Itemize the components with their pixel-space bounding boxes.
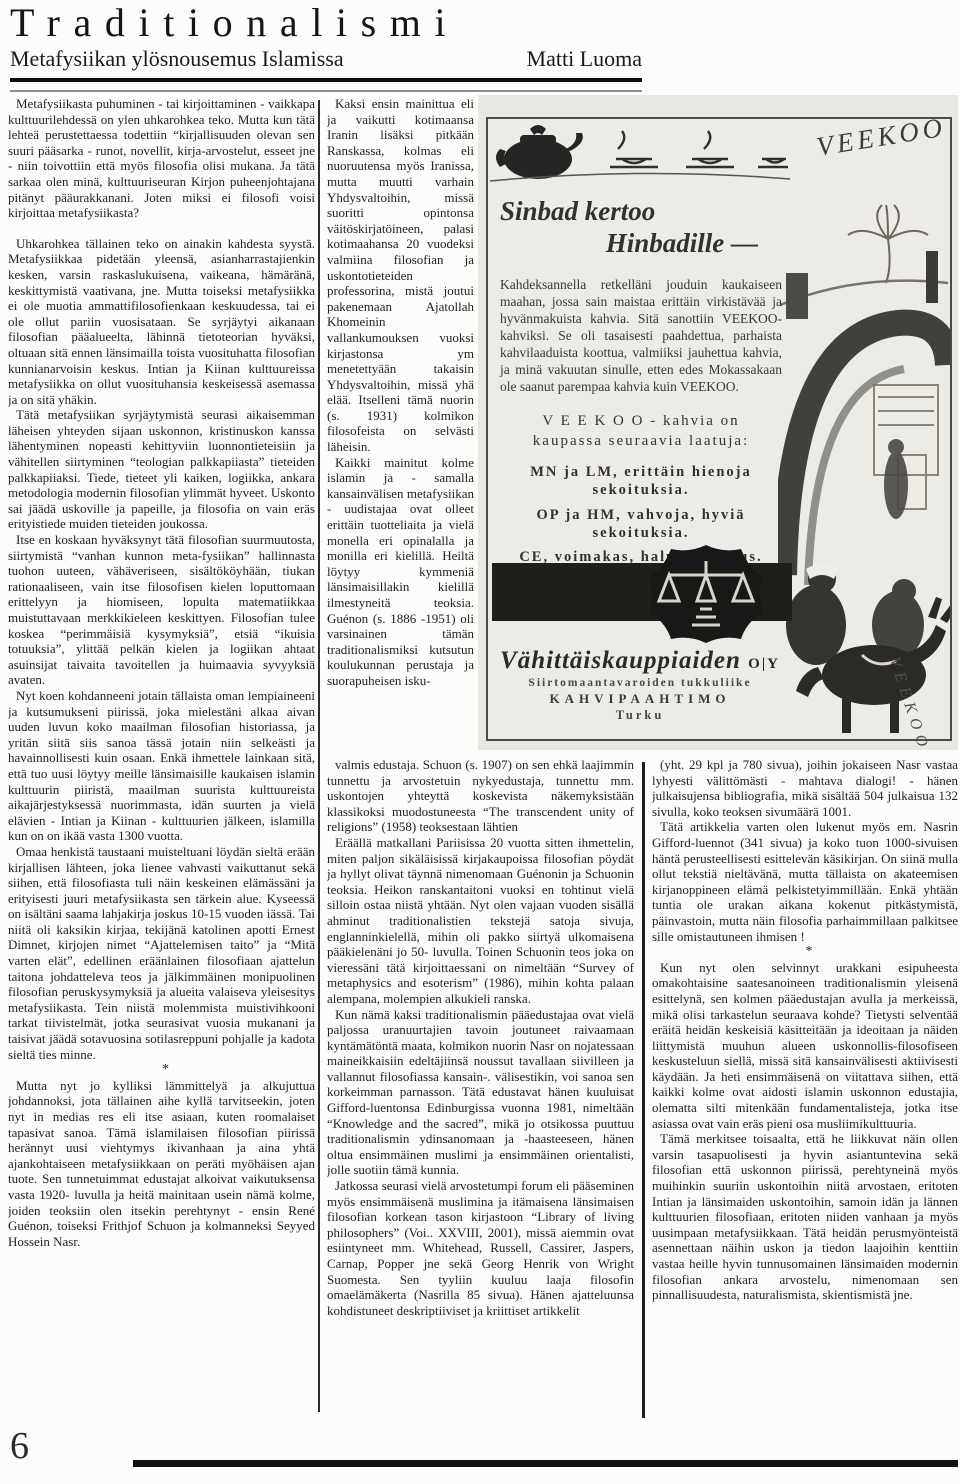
section-separator-asterisk: * xyxy=(8,1062,315,1078)
article-author: Matti Luoma xyxy=(527,46,642,72)
advert-text-panel: Sinbad kertoo Hinbadille — Kahdeksannell… xyxy=(500,195,782,572)
paragraph: Kaikki mainitut kolme islamin ja - samal… xyxy=(327,455,474,689)
advert-company-line3: KAHVIPAAHTIMO xyxy=(490,691,790,707)
paragraph: Nyt koen kohdanneeni jotain tällaista om… xyxy=(8,688,315,844)
paragraph: Kaksi ensin mainittua eli ja vaikutti ko… xyxy=(327,96,474,455)
section-separator-asterisk: * xyxy=(652,944,958,960)
veekoo-advert-image: VEEKOO xyxy=(478,95,958,750)
paragraph: (yht. 29 kpl ja 780 sivua), joihin jokai… xyxy=(652,757,958,819)
advert-subhead: V E E K O O - kahvia on kaupassa seuraav… xyxy=(500,411,782,452)
company-name-text: Vähittäiskauppiaiden xyxy=(500,647,741,674)
company-oy-text: O|Y xyxy=(748,656,780,672)
advert-subhead-line1: V E E K O O - kahvia on xyxy=(500,411,782,431)
page-number: 6 xyxy=(10,1424,29,1468)
column3-paragraphs: (yht. 29 kpl ja 780 sivua), joihin jokai… xyxy=(652,757,958,944)
text-column-2-narrow: Kaksi ensin mainittua eli ja vaikutti ko… xyxy=(327,96,474,754)
column2-narrow-paragraphs: Kaksi ensin mainittua eli ja vaikutti ko… xyxy=(327,96,474,689)
scales-emblem-icon xyxy=(645,543,767,645)
paragraph: Metafysiikasta puhuminen - tai kirjoitta… xyxy=(8,96,315,221)
column1-paragraphs: Metafysiikasta puhuminen - tai kirjoitta… xyxy=(8,96,315,1062)
page-title: Traditionalismi xyxy=(10,2,642,44)
paragraph: OP ja HM, vahvoja, hyviä sekoituksia. xyxy=(500,506,782,542)
paragraph: Kun nämä kaksi traditionalismin pääedust… xyxy=(327,1007,634,1179)
text-column-1: Metafysiikasta puhuminen - tai kirjoitta… xyxy=(8,96,315,1408)
paragraph: Tämä merkitsee toisaalta, että he liikku… xyxy=(652,1131,958,1303)
paragraph: valmis edustaja. Schuon (s. 1907) on sen… xyxy=(327,757,634,835)
paragraph: Omaa henkistä taustaani muisteltuani löy… xyxy=(8,844,315,1062)
advert-title-line2: Hinbadille — xyxy=(500,227,782,259)
column1-paragraphs-after: Mutta nyt jo kylliksi lämmittelyä ja alk… xyxy=(8,1078,315,1250)
paragraph: Itse en koskaan hyväksynyt tätä filosofi… xyxy=(8,532,315,688)
column3-paragraphs-after: Kun nyt olen selvinnyt urakkani esipuhee… xyxy=(652,960,958,1303)
article-header: Traditionalismi Metafysiikan ylösnousemu… xyxy=(10,2,642,92)
advert-company-line2: Siirtomaantavaroiden tukkuliike xyxy=(490,677,790,689)
text-column-3: (yht. 29 kpl ja 780 sivua), joihin jokai… xyxy=(652,757,958,1427)
column2-wide-paragraphs: valmis edustaja. Schuon (s. 1907) on sen… xyxy=(327,757,634,1318)
paragraph: Kun nyt olen selvinnyt urakkani esipuhee… xyxy=(652,960,958,1132)
advert-subhead-line2: kaupassa seuraavia laatuja: xyxy=(500,431,782,451)
paragraph: Uhkarohkea tällainen teko on ainakin kah… xyxy=(8,236,315,408)
footer-rule xyxy=(133,1460,958,1467)
header-double-rule xyxy=(10,78,642,92)
paragraph: Eräällä matkallani Pariisissa 20 vuotta … xyxy=(327,835,634,1007)
advert-title-line1: Sinbad kertoo xyxy=(500,196,655,226)
scanned-magazine-page: { "header": { "title": "Traditionalismi"… xyxy=(0,0,960,1484)
article-subtitle: Metafysiikan ylösnousemus Islamissa xyxy=(10,46,344,72)
paragraph: Tätä metafysiikan syrjäytymistä seurasi … xyxy=(8,407,315,532)
advert-body-text: Kahdeksannella retkelläni jouduin kaukai… xyxy=(500,276,782,395)
column-divider-right xyxy=(642,762,645,1418)
header-subtitle-row: Metafysiikan ylösnousemus Islamissa Matt… xyxy=(10,46,642,72)
paragraph: Mutta nyt jo kylliksi lämmittelyä ja alk… xyxy=(8,1078,315,1250)
advert-title: Sinbad kertoo Hinbadille — xyxy=(500,195,782,260)
advert-company-city: Turku xyxy=(490,708,790,723)
paragraph: Jatkossa seurasi vielä arvostetumpi foru… xyxy=(327,1178,634,1318)
paragraph: Tätä artikkelia varten olen lukenut myös… xyxy=(652,819,958,944)
advert-company-name: Vähittäiskauppiaiden O|Y xyxy=(490,647,790,675)
advert-company-block: Vähittäiskauppiaiden O|Y Siirtomaantavar… xyxy=(490,647,790,723)
text-column-2-wide: valmis edustaja. Schuon (s. 1907) on sen… xyxy=(327,757,634,1425)
column-divider-left xyxy=(318,100,320,1412)
paragraph: MN ja LM, erittäin hienoja sekoituksia. xyxy=(500,463,782,499)
